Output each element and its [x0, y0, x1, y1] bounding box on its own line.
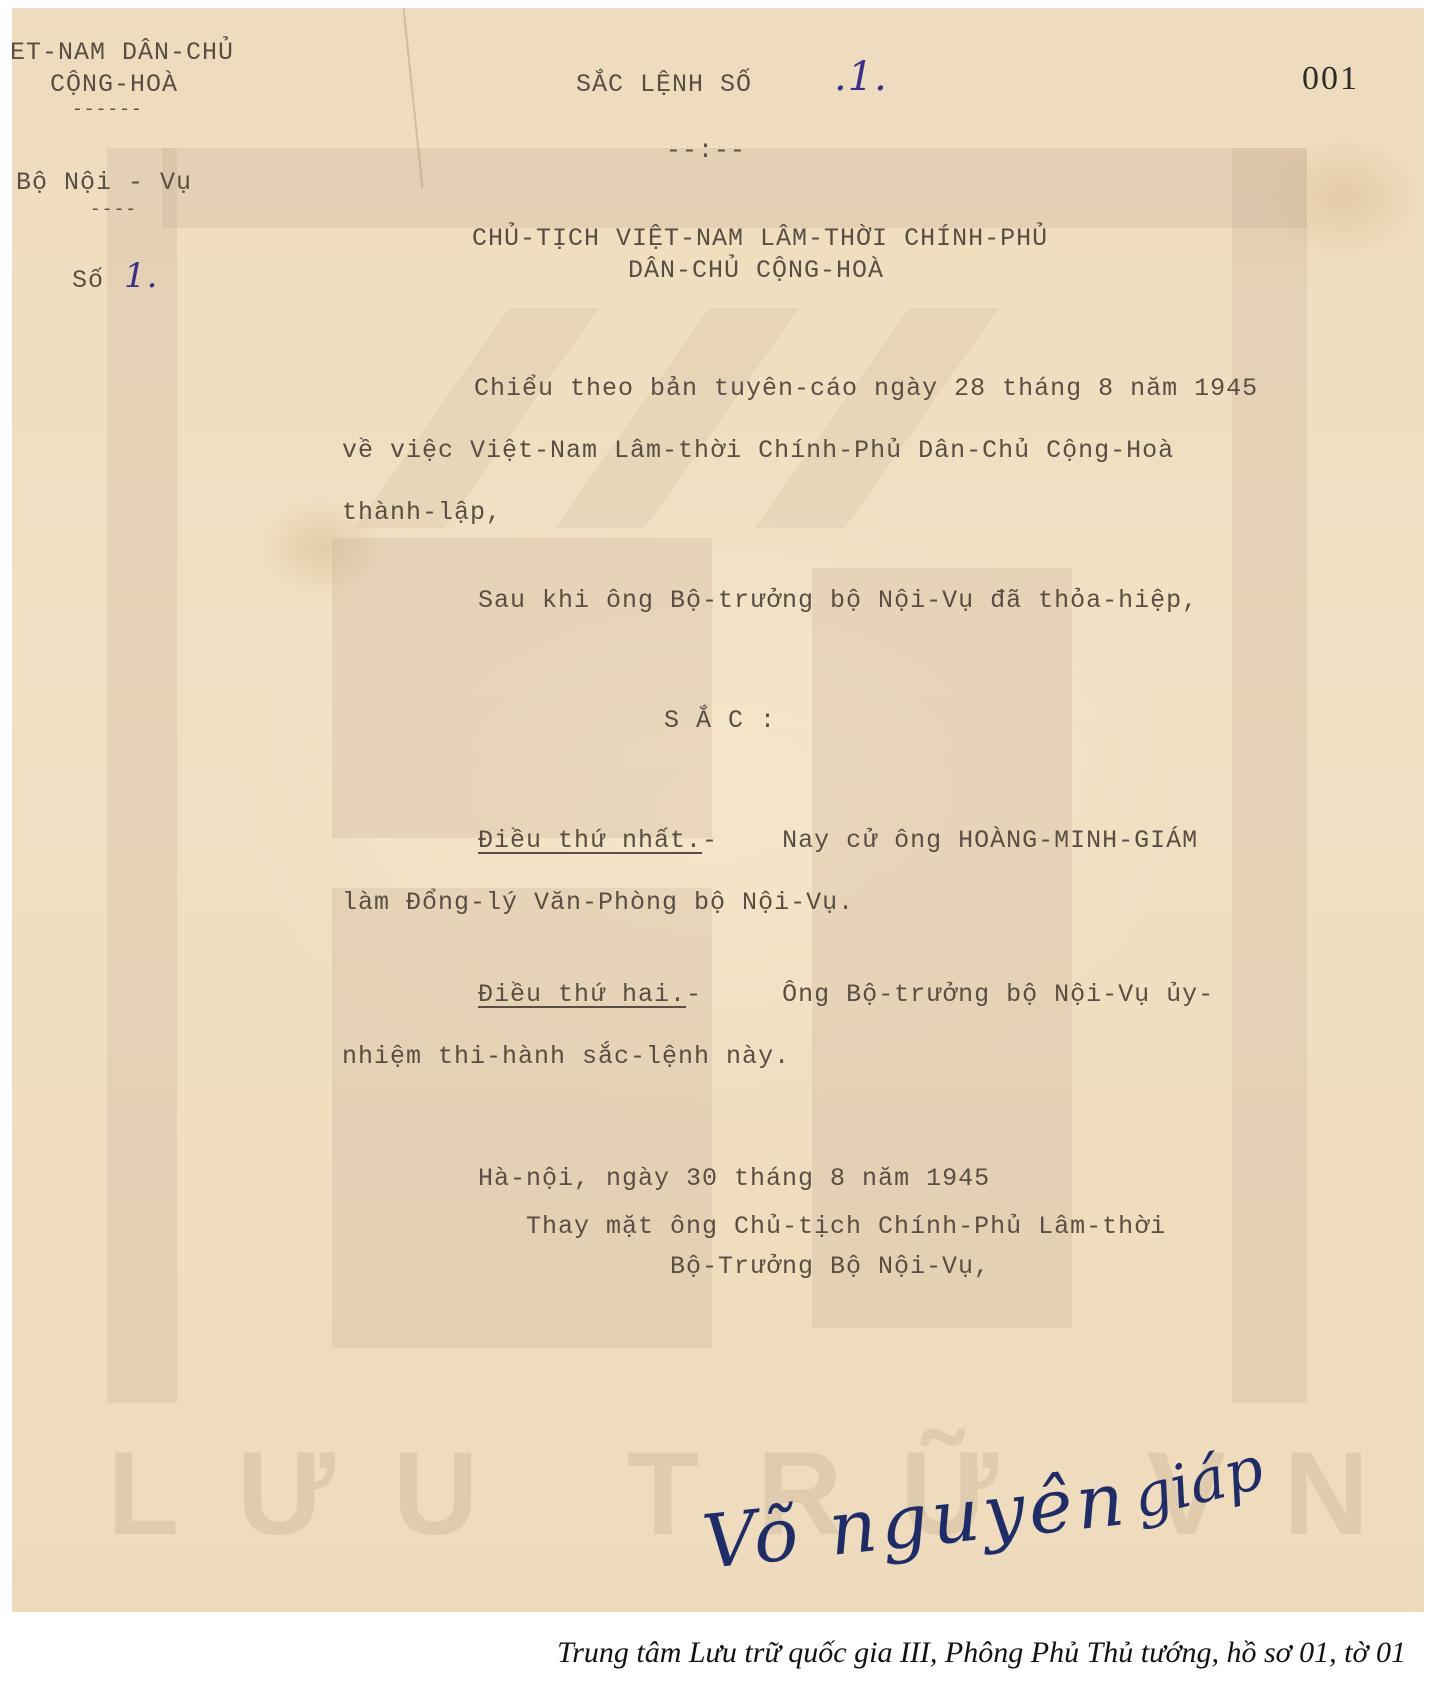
source-caption: Trung tâm Lưu trữ quốc gia III, Phông Ph…	[557, 1636, 1406, 1670]
watermark-block	[332, 538, 712, 838]
article-1-text: Nay cử ông HOÀNG-MINH-GIÁM	[782, 826, 1198, 855]
article-2-first-line: Điều thứ hai.- Ông Bộ-trưởng bộ Nội-Vụ ủ…	[478, 980, 1214, 1009]
place-date: Hà-nội, ngày 30 tháng 8 năm 1945	[478, 1164, 990, 1193]
preamble-line: thành-lập,	[342, 498, 502, 527]
article-2-label: Điều thứ hai.	[478, 980, 686, 1009]
preamble-line: Chiểu theo bản tuyên-cáo ngày 28 tháng 8…	[474, 374, 1258, 403]
header-country-line2: CỘNG-HOÀ	[50, 70, 178, 99]
document-page: LƯU TRỮ VN ET-NAM DÂN-CHỦ CỘNG-HOÀ -----…	[12, 8, 1424, 1612]
decree-heading: S Ắ C :	[664, 706, 776, 735]
watermark-block	[332, 888, 712, 1348]
header-rule: ------	[72, 100, 143, 120]
article-1-first-line: Điều thứ nhất.- Nay cử ông HOÀNG-MINH-GI…	[478, 826, 1198, 855]
header-number-label: Số	[72, 266, 104, 295]
watermark-stripe	[755, 308, 999, 528]
header-rule: ----	[90, 200, 137, 220]
watermark-bar-left	[107, 148, 177, 1403]
issuer-line1: CHỦ-TỊCH VIỆT-NAM LÂM-THỜI CHÍNH-PHỦ	[472, 224, 1048, 253]
article-2-text: Ông Bộ-trưởng bộ Nội-Vụ ủy-	[782, 980, 1214, 1009]
header-number-handwritten: 1.	[124, 256, 158, 296]
header-ministry: Bộ Nội - Vụ	[16, 168, 192, 197]
article-1-label: Điều thứ nhất.	[478, 826, 702, 855]
on-behalf-line: Thay mặt ông Chủ-tịch Chính-Phủ Lâm-thời	[526, 1212, 1166, 1241]
header-country-line1: ET-NAM DÂN-CHỦ	[12, 38, 234, 67]
signer-title: Bộ-Trưởng Bộ Nội-Vụ,	[670, 1252, 990, 1281]
watermark-bar-right	[1232, 148, 1307, 1403]
article-2-second-line: nhiệm thi-hành sắc-lệnh này.	[342, 1042, 790, 1071]
title-separator: --:--	[666, 136, 746, 165]
preamble-line: về việc Việt-Nam Lâm-thời Chính-Phủ Dân-…	[342, 436, 1174, 465]
watermark-stripe	[555, 308, 799, 528]
preamble-line: Sau khi ông Bộ-trưởng bộ Nội-Vụ đã thỏa-…	[478, 586, 1198, 615]
article-1-second-line: làm Đổng-lý Văn-Phòng bộ Nội-Vụ.	[342, 888, 854, 917]
archive-page-number: 001	[1302, 60, 1359, 98]
decree-title: SẮC LỆNH SỐ	[576, 70, 752, 99]
decree-number-handwritten: .1.	[834, 54, 888, 100]
watermark-stripe	[355, 308, 599, 528]
issuer-line2: DÂN-CHỦ CỘNG-HOÀ	[628, 256, 884, 285]
